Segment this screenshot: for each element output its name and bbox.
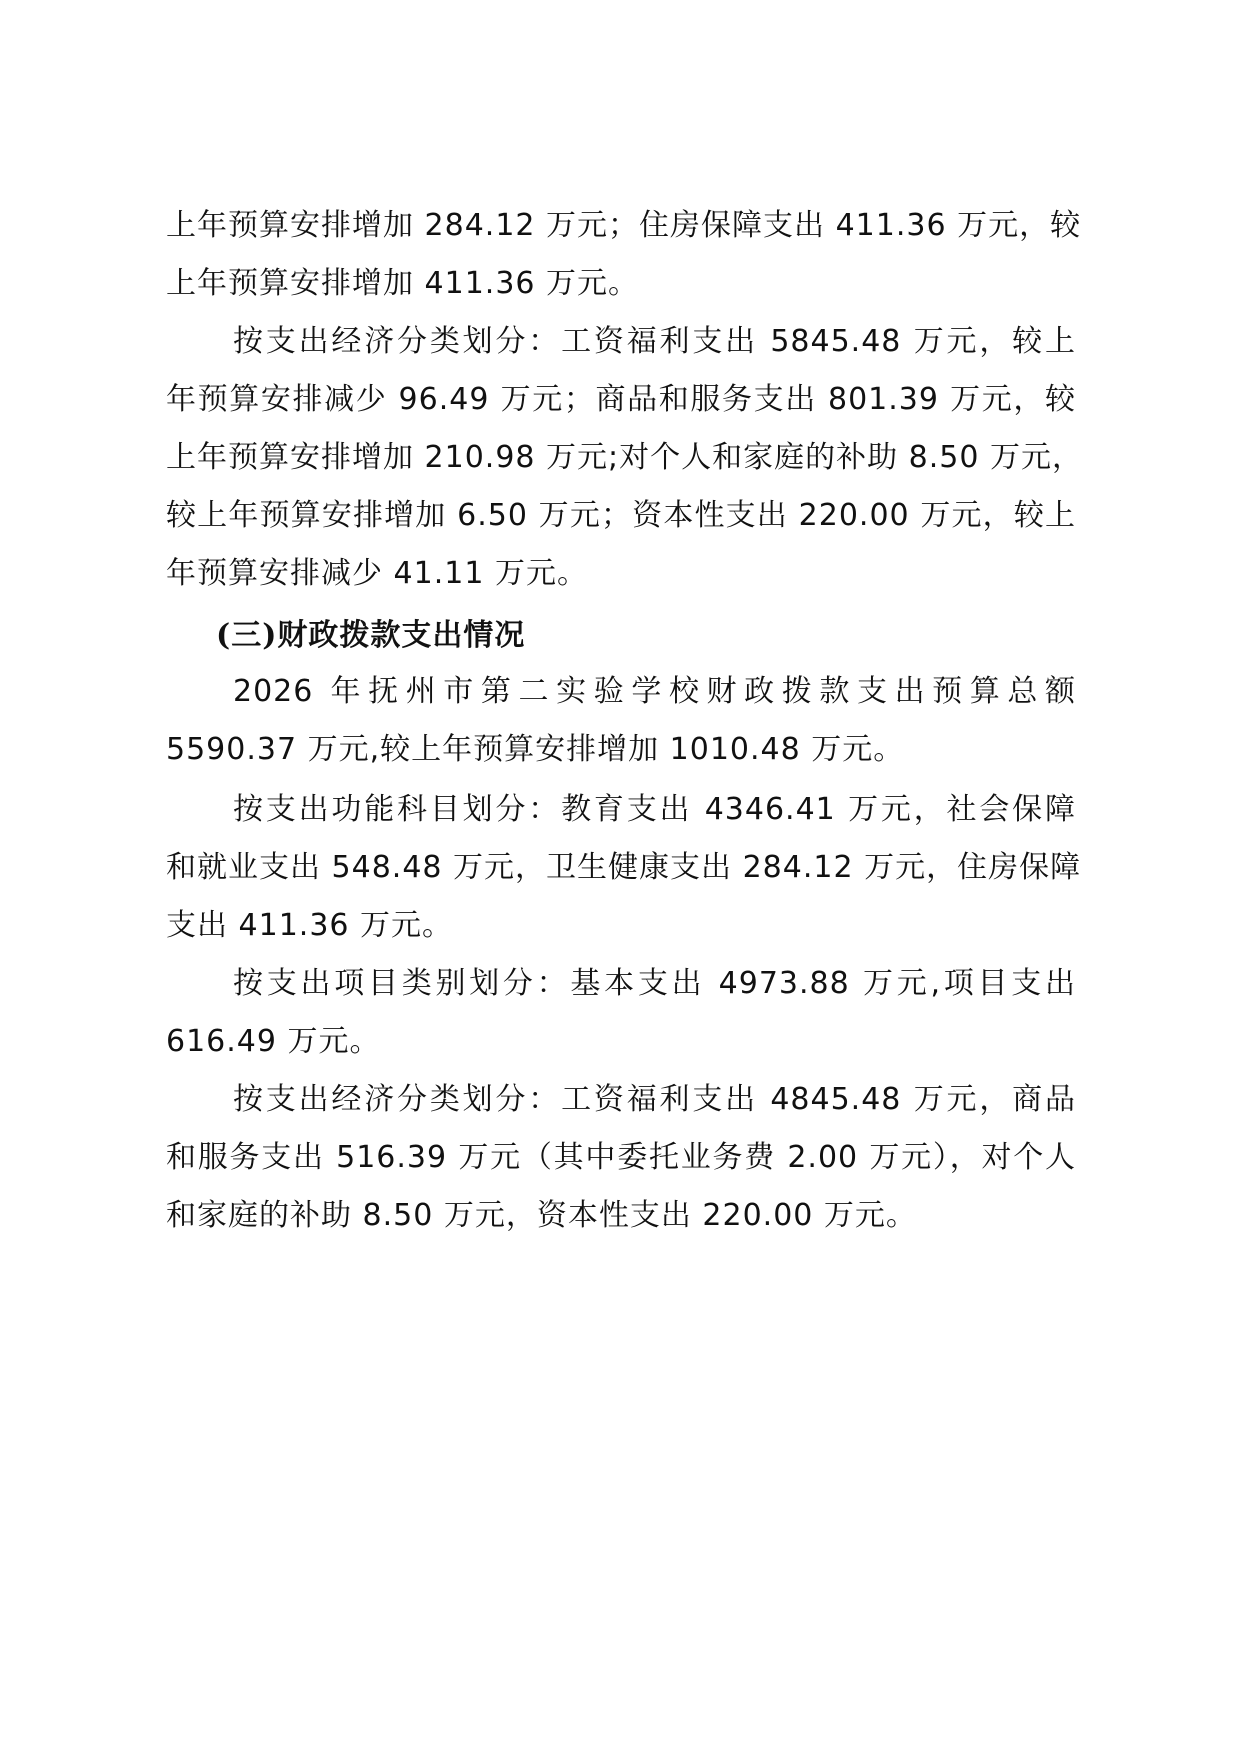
text-line: 按支出功能科目划分：教育支出 4346.41 万元，社会保障 <box>233 790 1076 830</box>
text-line: 按支出经济分类划分：工资福利支出 4845.48 万元，商品 <box>233 1080 1076 1120</box>
text-line: 2026 年抚州市第二实验学校财政拨款支出预算总额 <box>233 672 1076 712</box>
text-line: 上年预算安排增加 210.98 万元;对个人和家庭的补助 8.50 万元， <box>166 438 1076 478</box>
section-heading: (三)财政拨款支出情况 <box>216 616 1059 656</box>
text-line: 较上年预算安排增加 6.50 万元；资本性支出 220.00 万元，较上 <box>166 496 1076 536</box>
text-line: 和服务支出 516.39 万元（其中委托业务费 2.00 万元），对个人 <box>166 1138 1076 1178</box>
text-line: 和家庭的补助 8.50 万元，资本性支出 220.00 万元。 <box>166 1196 1076 1236</box>
text-line: 616.49 万元。 <box>166 1022 1076 1062</box>
text-line: 上年预算安排增加 411.36 万元。 <box>166 264 1076 304</box>
text-line: 5590.37 万元,较上年预算安排增加 1010.48 万元。 <box>166 730 1076 770</box>
text-line: 按支出经济分类划分：工资福利支出 5845.48 万元，较上 <box>233 322 1076 362</box>
text-line: 按支出项目类别划分：基本支出 4973.88 万元,项目支出 <box>233 964 1076 1004</box>
text-line: 年预算安排减少 41.11 万元。 <box>166 554 1076 594</box>
text-line: 年预算安排减少 96.49 万元；商品和服务支出 801.39 万元，较 <box>166 380 1076 420</box>
text-line: 支出 411.36 万元。 <box>166 906 1076 946</box>
text-line: 上年预算安排增加 284.12 万元；住房保障支出 411.36 万元，较 <box>166 206 1076 246</box>
document-page: 上年预算安排增加 284.12 万元；住房保障支出 411.36 万元，较 上年… <box>0 0 1241 1754</box>
text-line: 和就业支出 548.48 万元，卫生健康支出 284.12 万元，住房保障 <box>166 848 1076 888</box>
